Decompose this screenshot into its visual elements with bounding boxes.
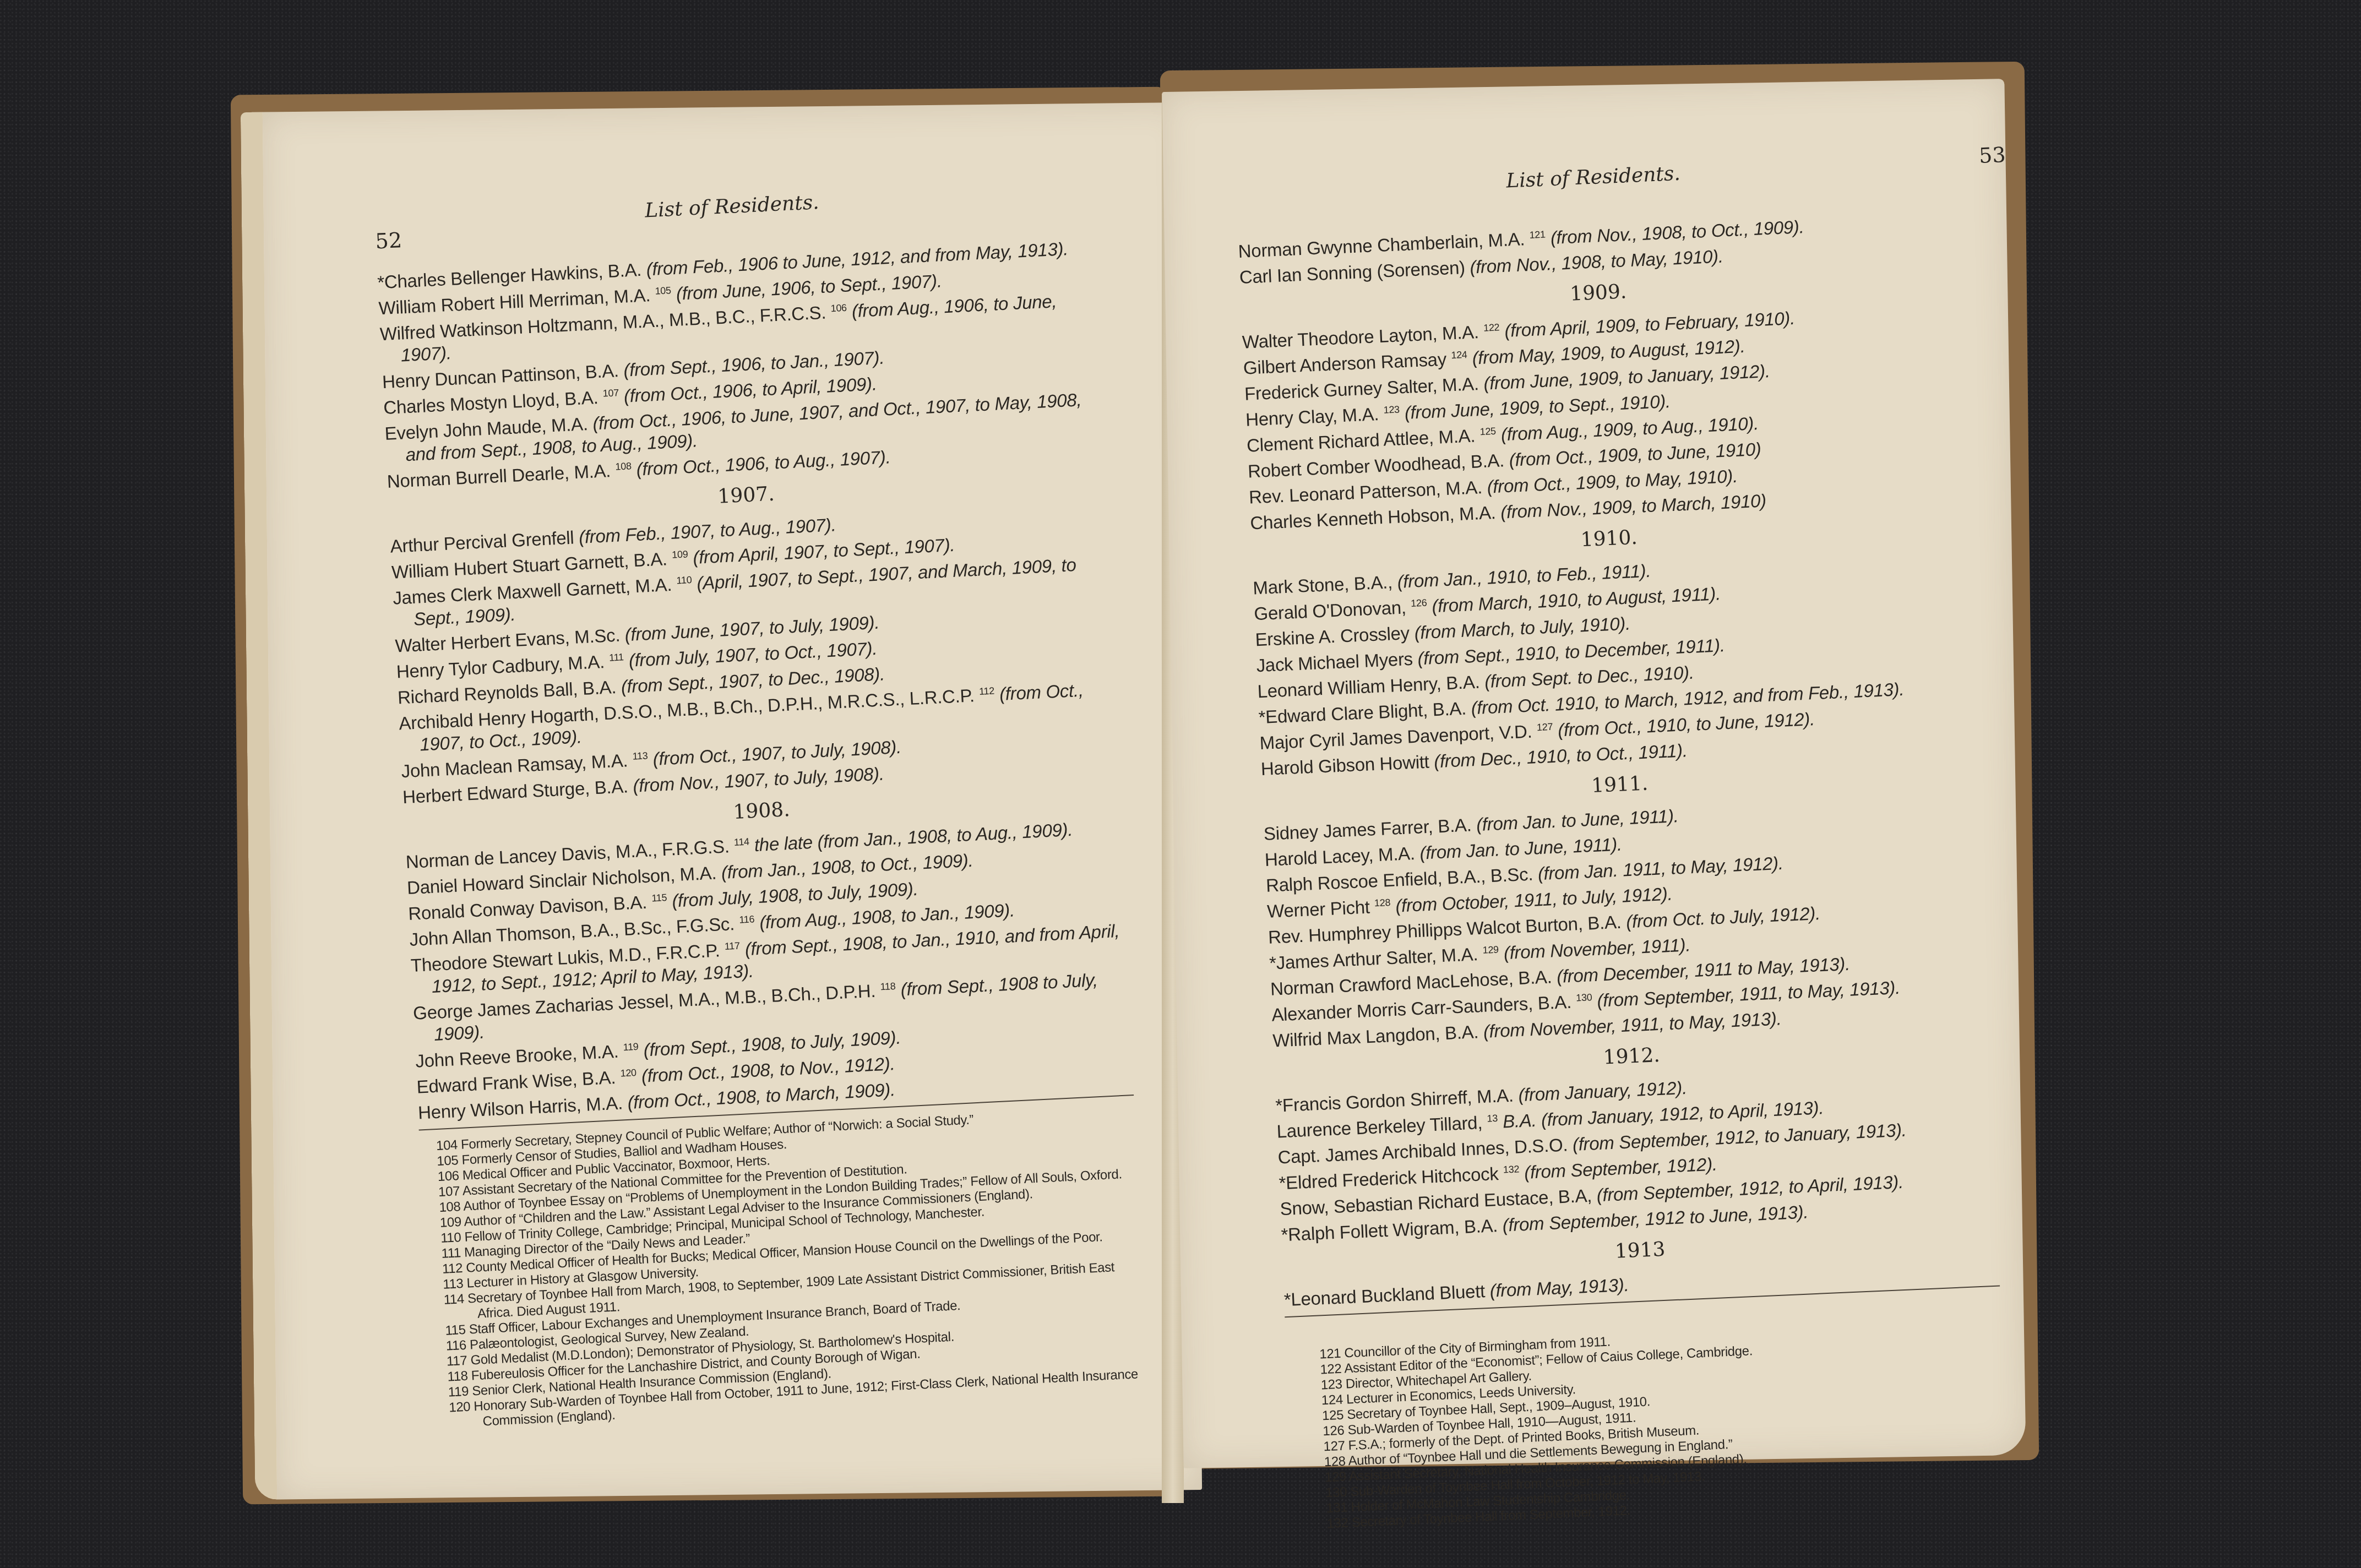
footnote-number: 129 [1325,1469,1347,1485]
footnote-ref: 128 [1374,897,1391,908]
footnote-number: 132 [1326,1515,1348,1531]
footnote-ref: 107 [602,387,619,399]
resident-name: Werner Picht [1266,897,1370,922]
left-page: 52 List of Residents. *Charles Bellenger… [241,102,1202,1500]
footnote-number: 124 [1321,1392,1343,1408]
footnote-ref: 112 [979,685,995,697]
footnote-ref: 122 [1483,322,1500,333]
footnote-ref: 126 [1411,597,1427,609]
footnote-number: 116 [445,1338,466,1354]
resident-name: Leonard Buckland Bluett [1291,1281,1486,1309]
footnote-ref: 130 [1576,992,1592,1003]
footnote-number: 109 [439,1215,461,1231]
residence-dates: (from May, 1913). [1489,1275,1629,1301]
footnote-ref: 132 [1503,1163,1520,1175]
footnote-number: 122 [1320,1362,1342,1378]
footnote-ref: 111 [609,651,624,663]
footnote-number: 114 [443,1292,464,1308]
footnote-number: 126 [1323,1423,1345,1439]
footnote-number: 112 [442,1261,463,1277]
resident-name: Herbert Edward Sturge, B.A. [402,776,628,807]
footnotes-list: 121 Councillor of the City of Birmingham… [1286,1317,2009,1533]
footnotes-list: 104 Formerly Secretary, Stepney Council … [419,1104,1148,1432]
footnote-number: 107 [438,1184,460,1200]
running-head: List of Residents. [1235,150,1951,204]
running-head: List of Residents. [374,178,1090,235]
right-page-content: List of Residents. 53 Norman Gwynne Cham… [1235,145,2009,1533]
footnote-ref: 123 [1383,404,1400,415]
footnote-ref: 116 [739,913,755,925]
footnote-ref: 13 [1487,1113,1498,1124]
footnote-ref: 129 [1482,944,1499,956]
resident-name: Harold Gibson Howitt [1260,752,1429,779]
page-number: 53 [1978,143,2006,168]
resident-name: Wilfrid Max Langdon, B.A. [1272,1021,1479,1050]
footnote-number: 113 [443,1276,464,1292]
footnote-number: 130 [1325,1485,1347,1501]
residence-dates: (from Dec., 1910, to Oct., 1911). [1433,740,1688,771]
entries-list: Norman Gwynne Chamberlain, M.A. 121 (fro… [1238,205,2000,1311]
footnote-ref: 115 [651,892,667,903]
footnote-number: 118 [447,1369,468,1385]
footnote-number: 106 [437,1168,459,1184]
footnote-number: 127 [1323,1439,1345,1455]
footnote-number: 123 [1320,1377,1342,1393]
footnote-ref: 117 [724,940,740,952]
footnote-number: 105 [437,1153,459,1169]
footnote-number: 110 [440,1230,461,1246]
footnote-number: 104 [436,1137,458,1153]
footnote-ref: 119 [623,1041,639,1053]
resident-name: Norman Burrell Dearle, M.A. [387,460,611,492]
footnote-number: 121 [1319,1346,1341,1362]
footnote-ref: 118 [880,981,896,992]
footnote-ref: 120 [620,1067,637,1079]
footnote-ref: 108 [615,460,632,472]
footnote-number: 120 [449,1400,471,1415]
footnote-ref: 106 [830,302,847,314]
footnote-number: 128 [1324,1454,1346,1470]
residence-dates: (from Nov., 1908, to May, 1910). [1470,246,1724,277]
resident-name: Carl Ian Sonning (Sorensen) [1239,257,1465,287]
footnote-ref: 124 [1451,349,1467,361]
footnote-number: 119 [448,1384,469,1400]
resident-name: Charles Kenneth Hobson, M.A. [1250,502,1497,533]
footnote-number: 117 [447,1353,467,1369]
footnote-ref: 121 [1529,229,1546,241]
footnote-number: 115 [445,1322,466,1338]
footnote-number: 108 [439,1199,461,1215]
footnote-ref: 114 [733,836,749,848]
footnote-ref: 109 [672,548,688,560]
footnote-number: 131 [1326,1500,1348,1516]
footnote-ref: 125 [1479,426,1496,437]
footnote-ref: 110 [676,574,692,586]
footnote-ref: 105 [655,285,671,296]
left-page-content: 52 List of Residents. *Charles Bellenger… [374,172,1149,1432]
right-page: List of Residents. 53 Norman Gwynne Cham… [1162,79,2026,1468]
footnote-number: 125 [1322,1408,1344,1424]
resident-name: Ralph Follett Wigram, B.A. [1288,1215,1498,1245]
resident-name: Henry Wilson Harris, M.A. [417,1092,623,1123]
footnote-ref: 127 [1537,721,1553,733]
entries-list: *Charles Bellenger Hawkins, B.A. (from F… [377,233,1134,1124]
footnote-number: 111 [441,1245,461,1261]
footnote-ref: 113 [632,750,648,761]
